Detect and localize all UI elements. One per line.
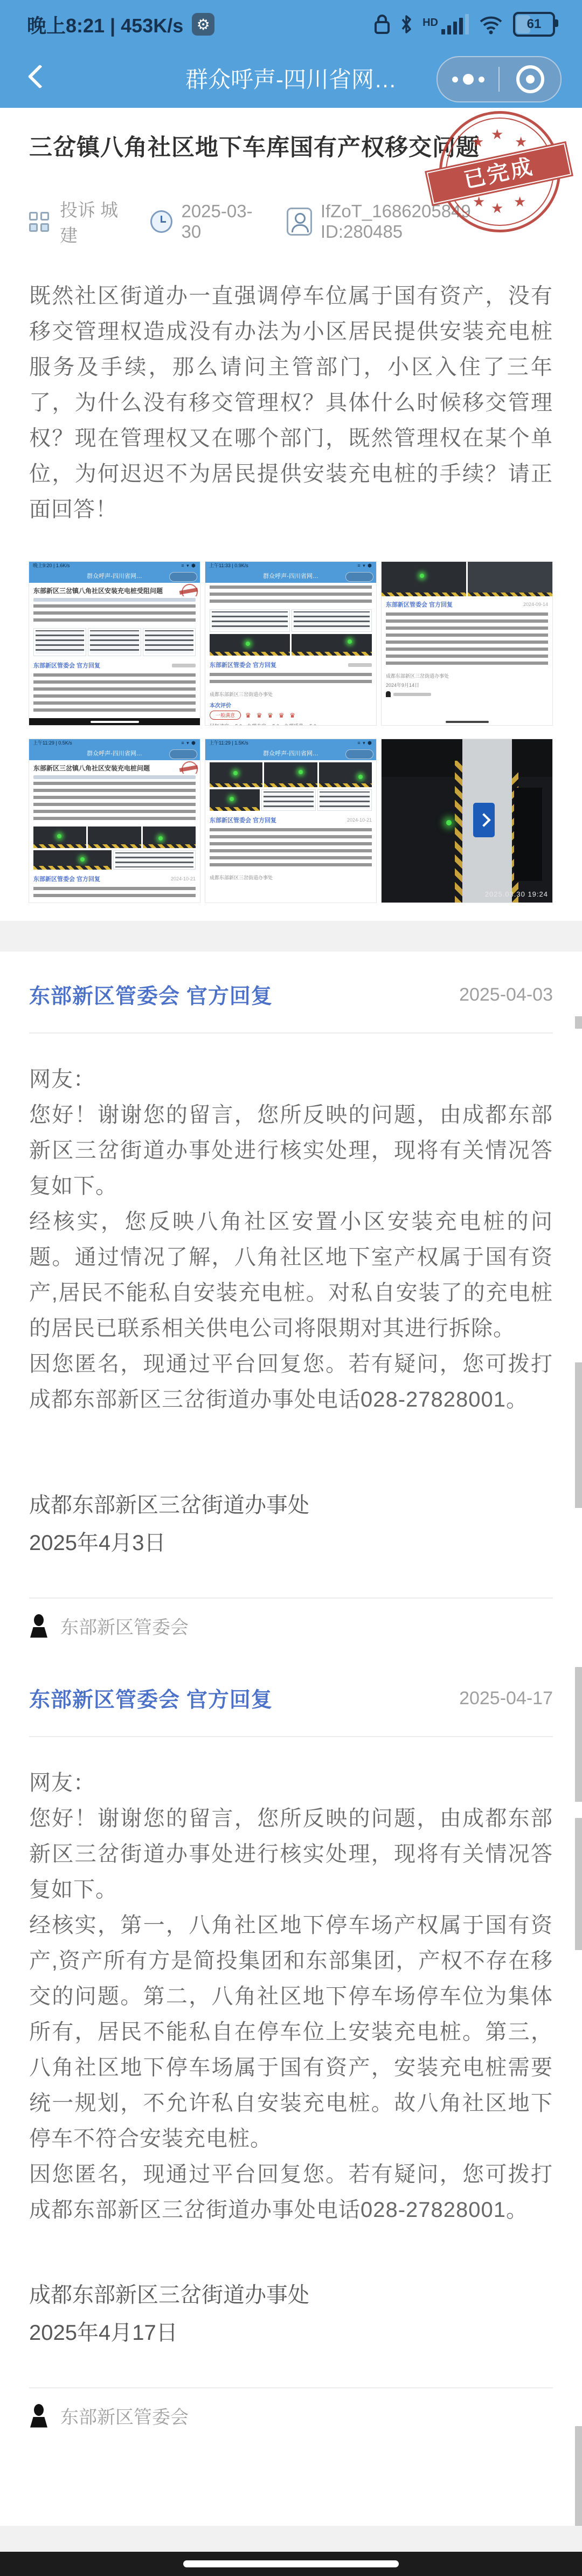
attachment-image-5[interactable]: 上午11:29 | 1.5K/s≡ ▾ ⬢ 群众呼声-四川省网… 东部新区管委会… [205, 739, 376, 903]
clock-icon [150, 210, 172, 233]
mini-signature: 成都东部新区三岔街道办事处 [205, 690, 376, 699]
post-body: 既然社区街道办一直强调停车位属于国有资产，没有移交管理权造成没有办法为小区居民提… [29, 278, 553, 527]
signature-org: 成都东部新区三岔街道办事处 [29, 1486, 553, 1524]
target-circle-icon [516, 65, 544, 93]
mini-stamp-icon [182, 584, 198, 596]
clock-speed-text: 晚上8:21 | 453K/s [27, 11, 183, 38]
reply-body-2: 网友： 您好！谢谢您的留言，您所反映的问题，由成都东部新区三岔街道办事处进行核实… [29, 1765, 553, 2228]
reply-body-1: 网友： 您好！谢谢您的留言，您所反映的问题，由成都东部新区三岔街道办事处进行核实… [29, 1062, 553, 1417]
author-icon [287, 208, 312, 236]
green-indicator-light [446, 820, 452, 825]
post-section: 三岔镇八角社区地下车库国有产权移交问题 ★★★ ★★★ 已完成 投诉 城建 20… [0, 108, 582, 921]
mini-reply-title: 东部新区管委会 官方回复 [33, 661, 100, 670]
agency-name: 东部新区管委会 [60, 2402, 189, 2429]
photo-timestamp: 2025.03.30 19:24 [485, 890, 548, 898]
mini-post-title: 东部新区三岔镇八角社区安装充电桩受阻问题 [29, 583, 200, 596]
page-title: 群众呼声-四川省网… [185, 62, 397, 94]
wifi-icon [479, 14, 503, 35]
app-page: 晚上8:21 | 453K/s ⚙ HD 61 [0, 0, 582, 2576]
mini-satisfaction-pill: 一般满意 [210, 711, 241, 720]
direction-arrow-sign [473, 803, 495, 837]
scrollbar[interactable] [575, 1362, 582, 1508]
reply-footer-2: 东部新区管委会 [29, 2388, 553, 2440]
mini-nav-title: 群众呼声-四川省网… [87, 750, 142, 757]
mini-reply-title: 东部新区管委会 官方回复 [210, 816, 276, 824]
reply-date: 2025-04-17 [459, 1688, 553, 1709]
signature-org: 成都东部新区三岔街道办事处 [29, 2276, 553, 2314]
reply-title: 东部新区管委会 官方回复 [29, 980, 273, 1010]
status-bar: 晚上8:21 | 453K/s ⚙ HD 61 [0, 0, 582, 49]
reply-paragraph: 因您匿名，现通过平台回复您。若有疑问，您可拨打成都东部新区三岔街道办事处电话02… [29, 1346, 553, 1417]
post-title: 三岔镇八角社区地下车库国有产权移交问题 ★★★ ★★★ 已完成 [29, 133, 553, 163]
attachment-image-3[interactable]: 东部新区管委会 官方回复2024-09-14 成都东部新区三岔街道办事处 202… [382, 562, 552, 725]
mini-status-text: 上午11:29 | 0.5K/s [33, 739, 72, 747]
android-nav-bar [0, 2552, 582, 2576]
reply-signature-1: 成都东部新区三岔街道办事处 2025年4月3日 [29, 1486, 553, 1562]
reply-signature-2: 成都东部新区三岔街道办事处 2025年4月17日 [29, 2276, 553, 2352]
section-separator [0, 921, 582, 952]
mini-reply-date: 2024-09-14 [523, 602, 548, 607]
agency-name: 东部新区管委会 [60, 1613, 189, 1639]
reply-footer-1: 东部新区管委会 [29, 1599, 553, 1650]
reply-salutation: 网友： [29, 1765, 553, 1801]
mini-status-text: 上午11:29 | 1.5K/s [209, 739, 248, 747]
home-indicator-pill[interactable] [183, 2560, 399, 2567]
reply-paragraph: 因您匿名，现通过平台回复您。若有疑问，您可拨打成都东部新区三岔街道办事处电话02… [29, 2157, 553, 2228]
battery-icon: 61 [513, 12, 555, 37]
post-date: 2025-03-30 [181, 201, 270, 242]
more-dots-icon [452, 74, 484, 85]
hd-indicator: HD [422, 17, 438, 29]
reply-paragraph: 您好！谢谢您的留言，您所反映的问题，由成都东部新区三岔街道办事处进行核实处理，现… [29, 1801, 553, 1907]
mini-signature-date: 2024年9月14日 [382, 680, 552, 690]
agency-avatar-icon [29, 1614, 48, 1638]
reply-title: 东部新区管委会 官方回复 [29, 1683, 273, 1713]
gear-icon: ⚙ [192, 13, 214, 36]
reply-salutation: 网友： [29, 1062, 553, 1097]
mini-nav-title: 群众呼声-四川省网… [263, 573, 318, 580]
reply-header-2: 东部新区管委会 官方回复 2025-04-17 [29, 1650, 553, 1713]
mini-status-text: 晚上9:20 | 1.6K/s [33, 562, 70, 570]
reply-date: 2025-04-03 [459, 984, 553, 1005]
reply-paragraph: 您好！谢谢您的留言，您所反映的问题，由成都东部新区三岔街道办事处进行核实处理，现… [29, 1097, 553, 1204]
mini-rating-scores: 回复速度： 5.0 办理态度： 5.0 办理质量： 5.0 [205, 721, 376, 725]
scrollbar[interactable] [575, 1016, 582, 1029]
reply-paragraph: 经核实，您反映八角社区安置小区安装充电桩的问题。通过情况了解，八角社区地下室产权… [29, 1204, 553, 1346]
official-replies: 东部新区管委会 官方回复 2025-04-03 网友： 您好！谢谢您的留言，您所… [0, 952, 582, 2440]
more-menu-button[interactable] [438, 57, 498, 101]
reply-paragraph: 经核实，第一，八角社区地下停车场产权属于国有资产,资产所有方是简投集团和东部集团… [29, 1907, 553, 2157]
mini-avatar-row [382, 690, 552, 699]
mini-navbar-black [29, 718, 200, 725]
bottom-separator [0, 2526, 582, 2552]
attachment-image-6[interactable]: 2025.03.30 19:24 [382, 739, 552, 903]
divider [29, 1032, 553, 1034]
close-minimize-button[interactable] [500, 57, 560, 101]
mini-status-text: 上午11:33 | 0.9K/s [209, 562, 248, 570]
mini-nav-title: 群众呼声-四川省网… [87, 573, 142, 580]
scrollbar[interactable] [575, 1818, 582, 1950]
mini-signature: 成都东部新区三岔街道办事处 [382, 671, 552, 680]
category-grid-icon [29, 212, 49, 232]
attachment-image-2[interactable]: 上午11:33 | 0.9K/s≡ ▾ ⬢ 群众呼声-四川省网… 东部新区管委会… [205, 562, 376, 725]
mini-crown-icons: ♛ ♛ ♛ ♛ ♛ [245, 712, 297, 719]
mini-reply-date: 2024-10-21 [171, 876, 196, 881]
mini-post-title: 东部新区三岔镇八角社区安装充电桩问题 [29, 760, 200, 774]
mini-nav-title: 群众呼声-四川省网… [263, 750, 318, 757]
signal-bars-icon [441, 14, 469, 35]
agency-avatar-icon [29, 2404, 48, 2428]
back-button[interactable] [24, 64, 51, 91]
battery-percent: 61 [527, 17, 542, 32]
attachment-image-4[interactable]: 上午11:29 | 0.5K/s≡ ▾ ⬢ 群众呼声-四川省网… 东部新区三岔镇… [29, 739, 200, 903]
post-title-text: 三岔镇八角社区地下车库国有产权移交问题 [29, 135, 480, 161]
scrollbar[interactable] [575, 1667, 582, 1802]
scrollbar[interactable] [575, 2426, 582, 2526]
bluetooth-icon [400, 14, 413, 35]
mini-reply-title: 东部新区管委会 官方回复 [210, 660, 276, 669]
mini-home-pill [446, 721, 489, 723]
lock-icon [374, 15, 390, 34]
mini-eval-label: 本次评价 [205, 699, 376, 709]
reply-header-1: 东部新区管委会 官方回复 2025-04-03 [29, 952, 553, 1010]
mini-reply-title: 东部新区管委会 官方回复 [33, 874, 100, 883]
mini-reply-date: 2024-10-21 [347, 817, 372, 823]
mini-reply-title: 东部新区管委会 官方回复 [386, 600, 453, 609]
nav-bar: 群众呼声-四川省网… [0, 49, 582, 108]
miniprogram-capsule [436, 56, 562, 102]
mini-stamp-icon [182, 761, 198, 774]
charging-unit [514, 788, 542, 881]
post-meta-row: 投诉 城建 2025-03-30 IfZoT_1686205849 ID:280… [29, 196, 553, 247]
signature-date: 2025年4月3日 [29, 1524, 553, 1562]
attachment-grid: 晚上9:20 | 1.6K/s≡ ▾ ⬢ 群众呼声-四川省网… 东部新区三岔镇八… [29, 562, 553, 903]
divider [29, 1736, 553, 1737]
attachment-image-1[interactable]: 晚上9:20 | 1.6K/s≡ ▾ ⬢ 群众呼声-四川省网… 东部新区三岔镇八… [29, 562, 200, 725]
mini-signature: 成都东部新区三岔街道办事处 [205, 873, 376, 882]
signature-date: 2025年4月17日 [29, 2314, 553, 2352]
post-category: 投诉 城建 [60, 196, 134, 247]
post-author-id: IfZoT_1686205849 ID:280485 [321, 201, 553, 242]
